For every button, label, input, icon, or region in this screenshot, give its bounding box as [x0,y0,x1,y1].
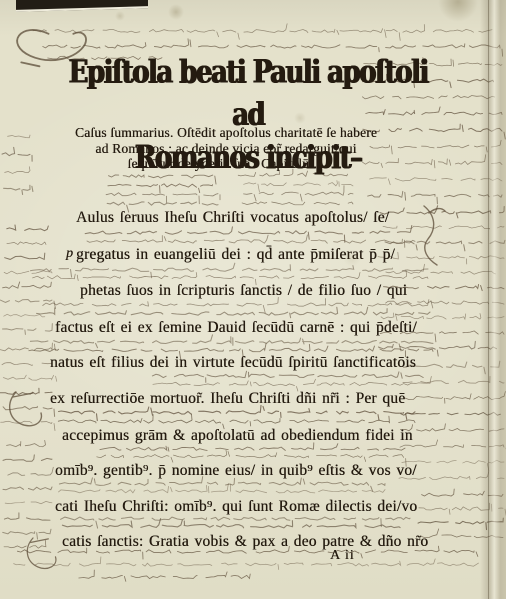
printed-line: Aulus ſeruus Iheſu Chriſti vocatus apoſt… [76,209,389,227]
manuscript-page: Epiſtola beati Pauli apoſtoli ad Romanos… [0,0,506,599]
annotation-interlinear-3 [37,297,433,317]
annotation-left-margin-3 [3,440,53,503]
printed-line: ex reſurrectiōe mortuor̃. Iheſu Chriſti … [50,390,405,408]
flourish-right-bracket-line1 [424,206,445,265]
summary-line-1: Caſus ſummarius. Oſtēdit apoſtolus chari… [45,125,407,141]
annotation-interlinear-1 [85,226,415,248]
printed-line: catis ſanctis: Gratia vobis & pax a deo … [62,533,428,551]
printed-line: phetas ſuos in ſcripturis ſanctis / de f… [80,282,407,300]
annotation-below-capitulum-left [106,175,220,212]
annotation-interlinear-9 [61,517,410,528]
annotation-left-margin-2 [0,343,57,431]
printed-summary: Caſus ſummarius. Oſtēdit apoſtolus chari… [45,125,407,172]
printed-line: factus eſt ei ex ſemine Dauid ſecūdū car… [55,319,417,337]
annotation-top-band-1 [33,24,492,41]
printed-line: omīb⁹. gentib⁹. p̄ nomine eius/ in quib⁹… [55,462,417,480]
printed-line: gregatus in euangeliū dei : qd̄ ante p̄m… [76,246,395,264]
annotation-interlinear-6 [58,405,415,428]
summary-line-2: ad Romanos : ac deinde vicia eor̃ redarg… [45,141,407,157]
book-page-edge [480,0,506,599]
printed-line: accepimus grām & apoſtolatū ad obediendu… [62,427,413,445]
annotation-left-margin-1 [0,225,55,334]
guide-letter: p [66,246,73,262]
printed-line: cati Iheſu Chriſti: omīb⁹. qui ſunt Romæ… [55,498,417,516]
signature-mark: A ii [330,548,355,564]
annotation-interlinear-5 [152,371,431,391]
annotation-left-margin-4 [3,513,51,548]
summary-line-3: ſequūtur deſyderia ſua . Capitulū. I. [45,156,407,172]
annotation-left-faint-upper [2,135,33,194]
printed-line: natus eſt filius dei in virtute ſecūdū ſ… [50,354,416,372]
annotation-bottom-last [79,570,250,581]
page-edge-crease [488,0,489,599]
